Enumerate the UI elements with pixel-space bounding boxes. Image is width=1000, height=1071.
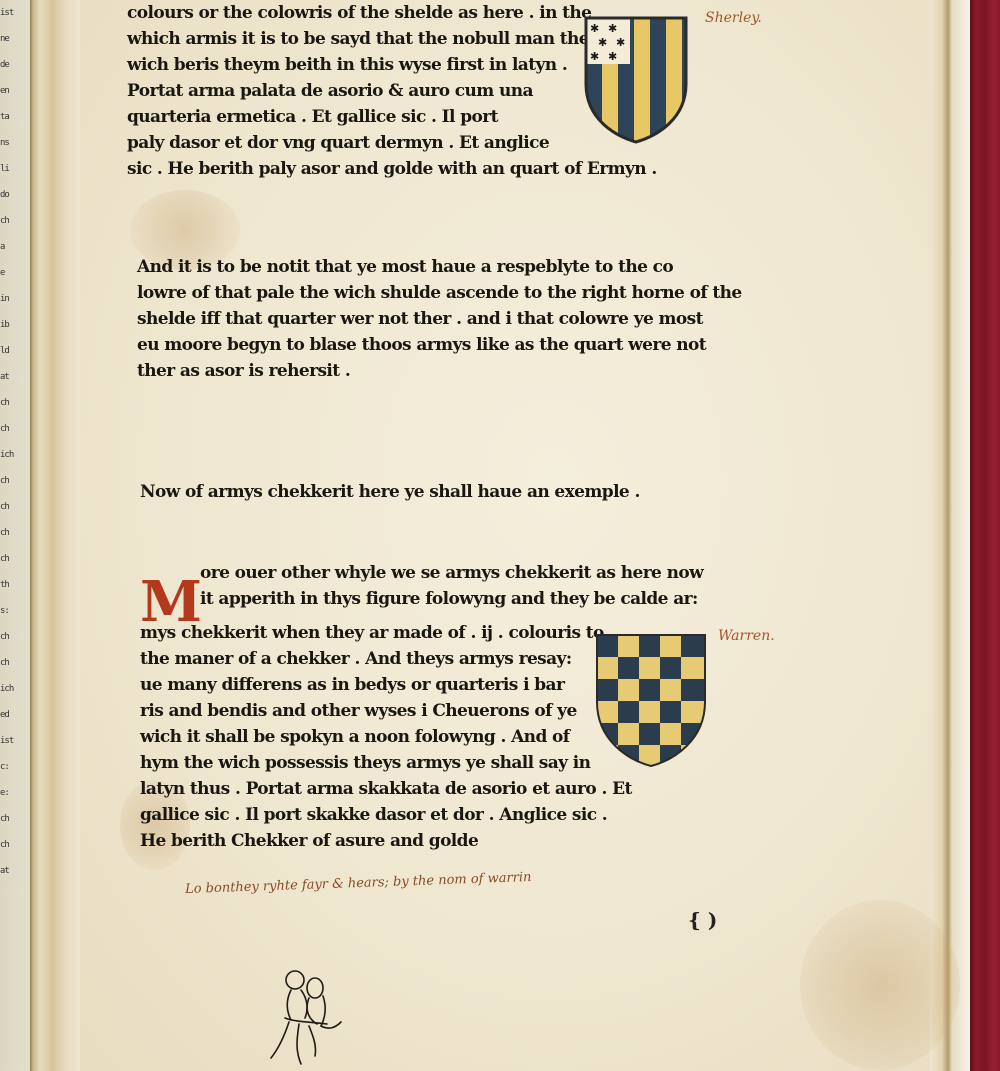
facing-page-text: ld: [0, 346, 28, 355]
facing-page-text: do: [0, 190, 28, 199]
facing-page-text: ch: [0, 528, 28, 537]
svg-text:✱: ✱: [616, 36, 625, 49]
text-line: ris and bendis and other wyses i Cheuero…: [140, 698, 632, 724]
text-line: latyn thus . Portat arma skakkata de aso…: [140, 776, 632, 802]
svg-text:✱: ✱: [590, 50, 599, 63]
sherley-shield: ✱✱ ✱✱ ✱✱: [582, 14, 692, 144]
facing-page-text: ch: [0, 502, 28, 511]
text-line: gallice sic . Il port skakke dasor et do…: [140, 802, 632, 828]
facing-page-text: de: [0, 60, 28, 69]
svg-text:✱: ✱: [608, 50, 617, 63]
facing-page-text: ch: [0, 658, 28, 667]
facing-page-text: ch: [0, 840, 28, 849]
text-line: which armis it is to be sayd that the no…: [127, 26, 657, 52]
facing-page-text: at: [0, 372, 28, 381]
facing-page-text: en: [0, 86, 28, 95]
text-line: colours or the colowris of the shelde as…: [127, 0, 657, 26]
page-fore-edge: [930, 0, 970, 1071]
sherley-label: Sherley.: [705, 10, 762, 26]
text-line: mys chekkerit when they ar made of . ij …: [140, 620, 632, 646]
text-line: shelde iff that quarter wer not ther . a…: [137, 306, 742, 332]
facing-page-text: c:: [0, 762, 28, 771]
text-line: And it is to be notit that ye most haue …: [137, 254, 742, 280]
facing-page-edge: istnedeentanslidochaeinibldatchchichchch…: [0, 0, 30, 1071]
text-line: hym the wich possessis theys armys ye sh…: [140, 750, 632, 776]
facing-page-text: e:: [0, 788, 28, 797]
note-text-block: And it is to be notit that ye most haue …: [137, 254, 742, 384]
checky-heading: Now of armys chekkerit here ye shall hau…: [140, 479, 640, 505]
facing-page-text: ta: [0, 112, 28, 121]
facing-page-text: th: [0, 580, 28, 589]
facing-page-text: a: [0, 242, 28, 251]
text-line: wich beris theym beith in this wyse firs…: [127, 52, 657, 78]
text-line: He berith Chekker of asure and golde: [140, 828, 632, 854]
text-line: quarteria ermetica . Et gallice sic . Il…: [127, 104, 657, 130]
warren-shield: [594, 632, 708, 768]
facing-page-text: ns: [0, 138, 28, 147]
facing-page-text: s:: [0, 606, 28, 615]
foxing-stain: [800, 900, 960, 1070]
facing-page-text: ed: [0, 710, 28, 719]
text-line: eu moore begyn to blase thoos armys like…: [137, 332, 742, 358]
text-line: lowre of that pale the wich shulde ascen…: [137, 280, 742, 306]
facing-page-text: e: [0, 268, 28, 277]
facing-page-text: ch: [0, 632, 28, 641]
facing-page-text: ch: [0, 424, 28, 433]
sherley-text-block: colours or the colowris of the shelde as…: [127, 0, 657, 182]
text-line: ore ouer other whyle we se armys chekker…: [200, 560, 703, 586]
facing-page-text: in: [0, 294, 28, 303]
warren-text-block: mys chekkerit when they ar made of . ij …: [140, 620, 632, 854]
facing-page-text: ich: [0, 450, 28, 459]
facing-page-text: ch: [0, 554, 28, 563]
text-line: it apperith in thys figure folowyng and …: [200, 586, 703, 612]
facing-page-text: li: [0, 164, 28, 173]
facing-page-text: ist: [0, 8, 28, 17]
svg-text:✱: ✱: [598, 36, 607, 49]
text-line: the maner of a chekker . And theys armys…: [140, 646, 632, 672]
marginal-figure-drawing: [265, 968, 345, 1068]
facing-page-text: ib: [0, 320, 28, 329]
facing-page-text: ch: [0, 398, 28, 407]
facing-page-text: ch: [0, 216, 28, 225]
text-line: ther as asor is rehersit .: [137, 358, 742, 384]
facing-page-text: at: [0, 866, 28, 875]
warren-text-top: ore ouer other whyle we se armys chekker…: [200, 560, 703, 612]
text-line: paly dasor et dor vng quart dermyn . Et …: [127, 130, 657, 156]
facing-page-text: ich: [0, 684, 28, 693]
signature-mark: { ): [688, 908, 717, 932]
text-line: ue many differens as in bedys or quarter…: [140, 672, 632, 698]
book-gutter: [30, 0, 80, 1071]
facing-page-text: ne: [0, 34, 28, 43]
text-line: Now of armys chekkerit here ye shall hau…: [140, 479, 640, 505]
red-leather-binding: [970, 0, 1000, 1071]
svg-text:✱: ✱: [608, 22, 617, 35]
facing-page-text: ch: [0, 814, 28, 823]
text-line: sic . He berith paly asor and golde with…: [127, 156, 657, 182]
facing-page-text: ist: [0, 736, 28, 745]
text-line: wich it shall be spokyn a noon folowyng …: [140, 724, 632, 750]
facing-page-text: ch: [0, 476, 28, 485]
text-line: Portat arma palata de asorio & auro cum …: [127, 78, 657, 104]
warren-label: Warren.: [718, 628, 775, 644]
svg-text:✱: ✱: [590, 22, 599, 35]
